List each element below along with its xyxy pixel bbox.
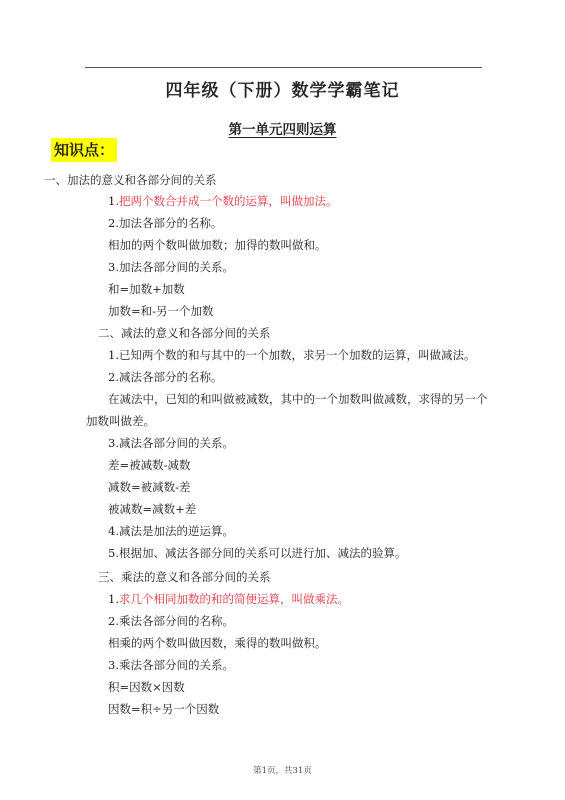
- text-line: 在减法中，已知的和叫做被减数，其中的一个加数叫做减数，求得的另一个: [108, 391, 488, 407]
- text-line: 1.已知两个数的和与其中的一个加数，求另一个加数的运算，叫做减法。: [108, 347, 475, 363]
- definition-text: 把两个数合并成一个数的运算，叫做加法。: [119, 194, 338, 208]
- knowledge-points-label: 知识点：: [51, 138, 117, 162]
- text-line: 加数叫做差。: [86, 413, 155, 429]
- formula-line: 减数=被减数-差: [108, 479, 191, 495]
- header-rule: [85, 67, 482, 68]
- text-line: 3.乘法各部分间的关系。: [108, 657, 234, 673]
- text-line: 2.乘法各部分间的名称。: [108, 613, 234, 629]
- section-heading-addition: 一、加法的意义和各部分间的关系: [44, 172, 217, 188]
- section-heading-multiplication: 三、乘法的意义和各部分间的关系: [98, 569, 271, 585]
- formula-line: 加数=和-另一个加数: [108, 303, 214, 319]
- text-line: 4.减法是加法的逆运算。: [108, 523, 234, 539]
- document-title: 四年级（下册）数学学霸笔记: [0, 76, 565, 101]
- formula-line: 和=加数+加数: [108, 281, 185, 297]
- text-line: 3.减法各部分间的关系。: [108, 435, 234, 451]
- unit-title: 第一单元四则运算: [0, 118, 565, 138]
- multiplication-definition: 1.求几个相同加数的和的简便运算，叫做乘法。: [108, 591, 349, 607]
- text-line: 2.减法各部分的名称。: [108, 369, 222, 385]
- formula-line: 被减数=减数+差: [108, 501, 196, 517]
- formula-line: 因数=积÷另一个因数: [108, 701, 219, 717]
- text-line: 3.加法各部分间的关系。: [108, 259, 234, 275]
- text-line: 5.根据加、减法各部分间的关系可以进行加、减法的验算。: [108, 545, 406, 561]
- item-number: 1.: [108, 194, 119, 208]
- text-line: 相加的两个数叫做加数；加得的数叫做和。: [108, 237, 327, 253]
- definition-text: 求几个相同加数的和的简便运算，叫做乘法。: [119, 592, 349, 606]
- item-number: 1.: [108, 592, 119, 606]
- formula-line: 差=被减数-减数: [108, 457, 191, 473]
- formula-line: 积=因数×因数: [108, 679, 185, 695]
- page-footer: 第1页，共31页: [0, 764, 565, 776]
- text-line: 相乘的两个数叫做因数，乘得的数叫做积。: [108, 635, 327, 651]
- addition-definition: 1.把两个数合并成一个数的运算，叫做加法。: [108, 193, 337, 209]
- unit-title-text: 第一单元四则运算: [229, 122, 337, 138]
- section-heading-subtraction: 二、减法的意义和各部分间的关系: [98, 325, 271, 341]
- text-line: 2.加法各部分的名称。: [108, 215, 222, 231]
